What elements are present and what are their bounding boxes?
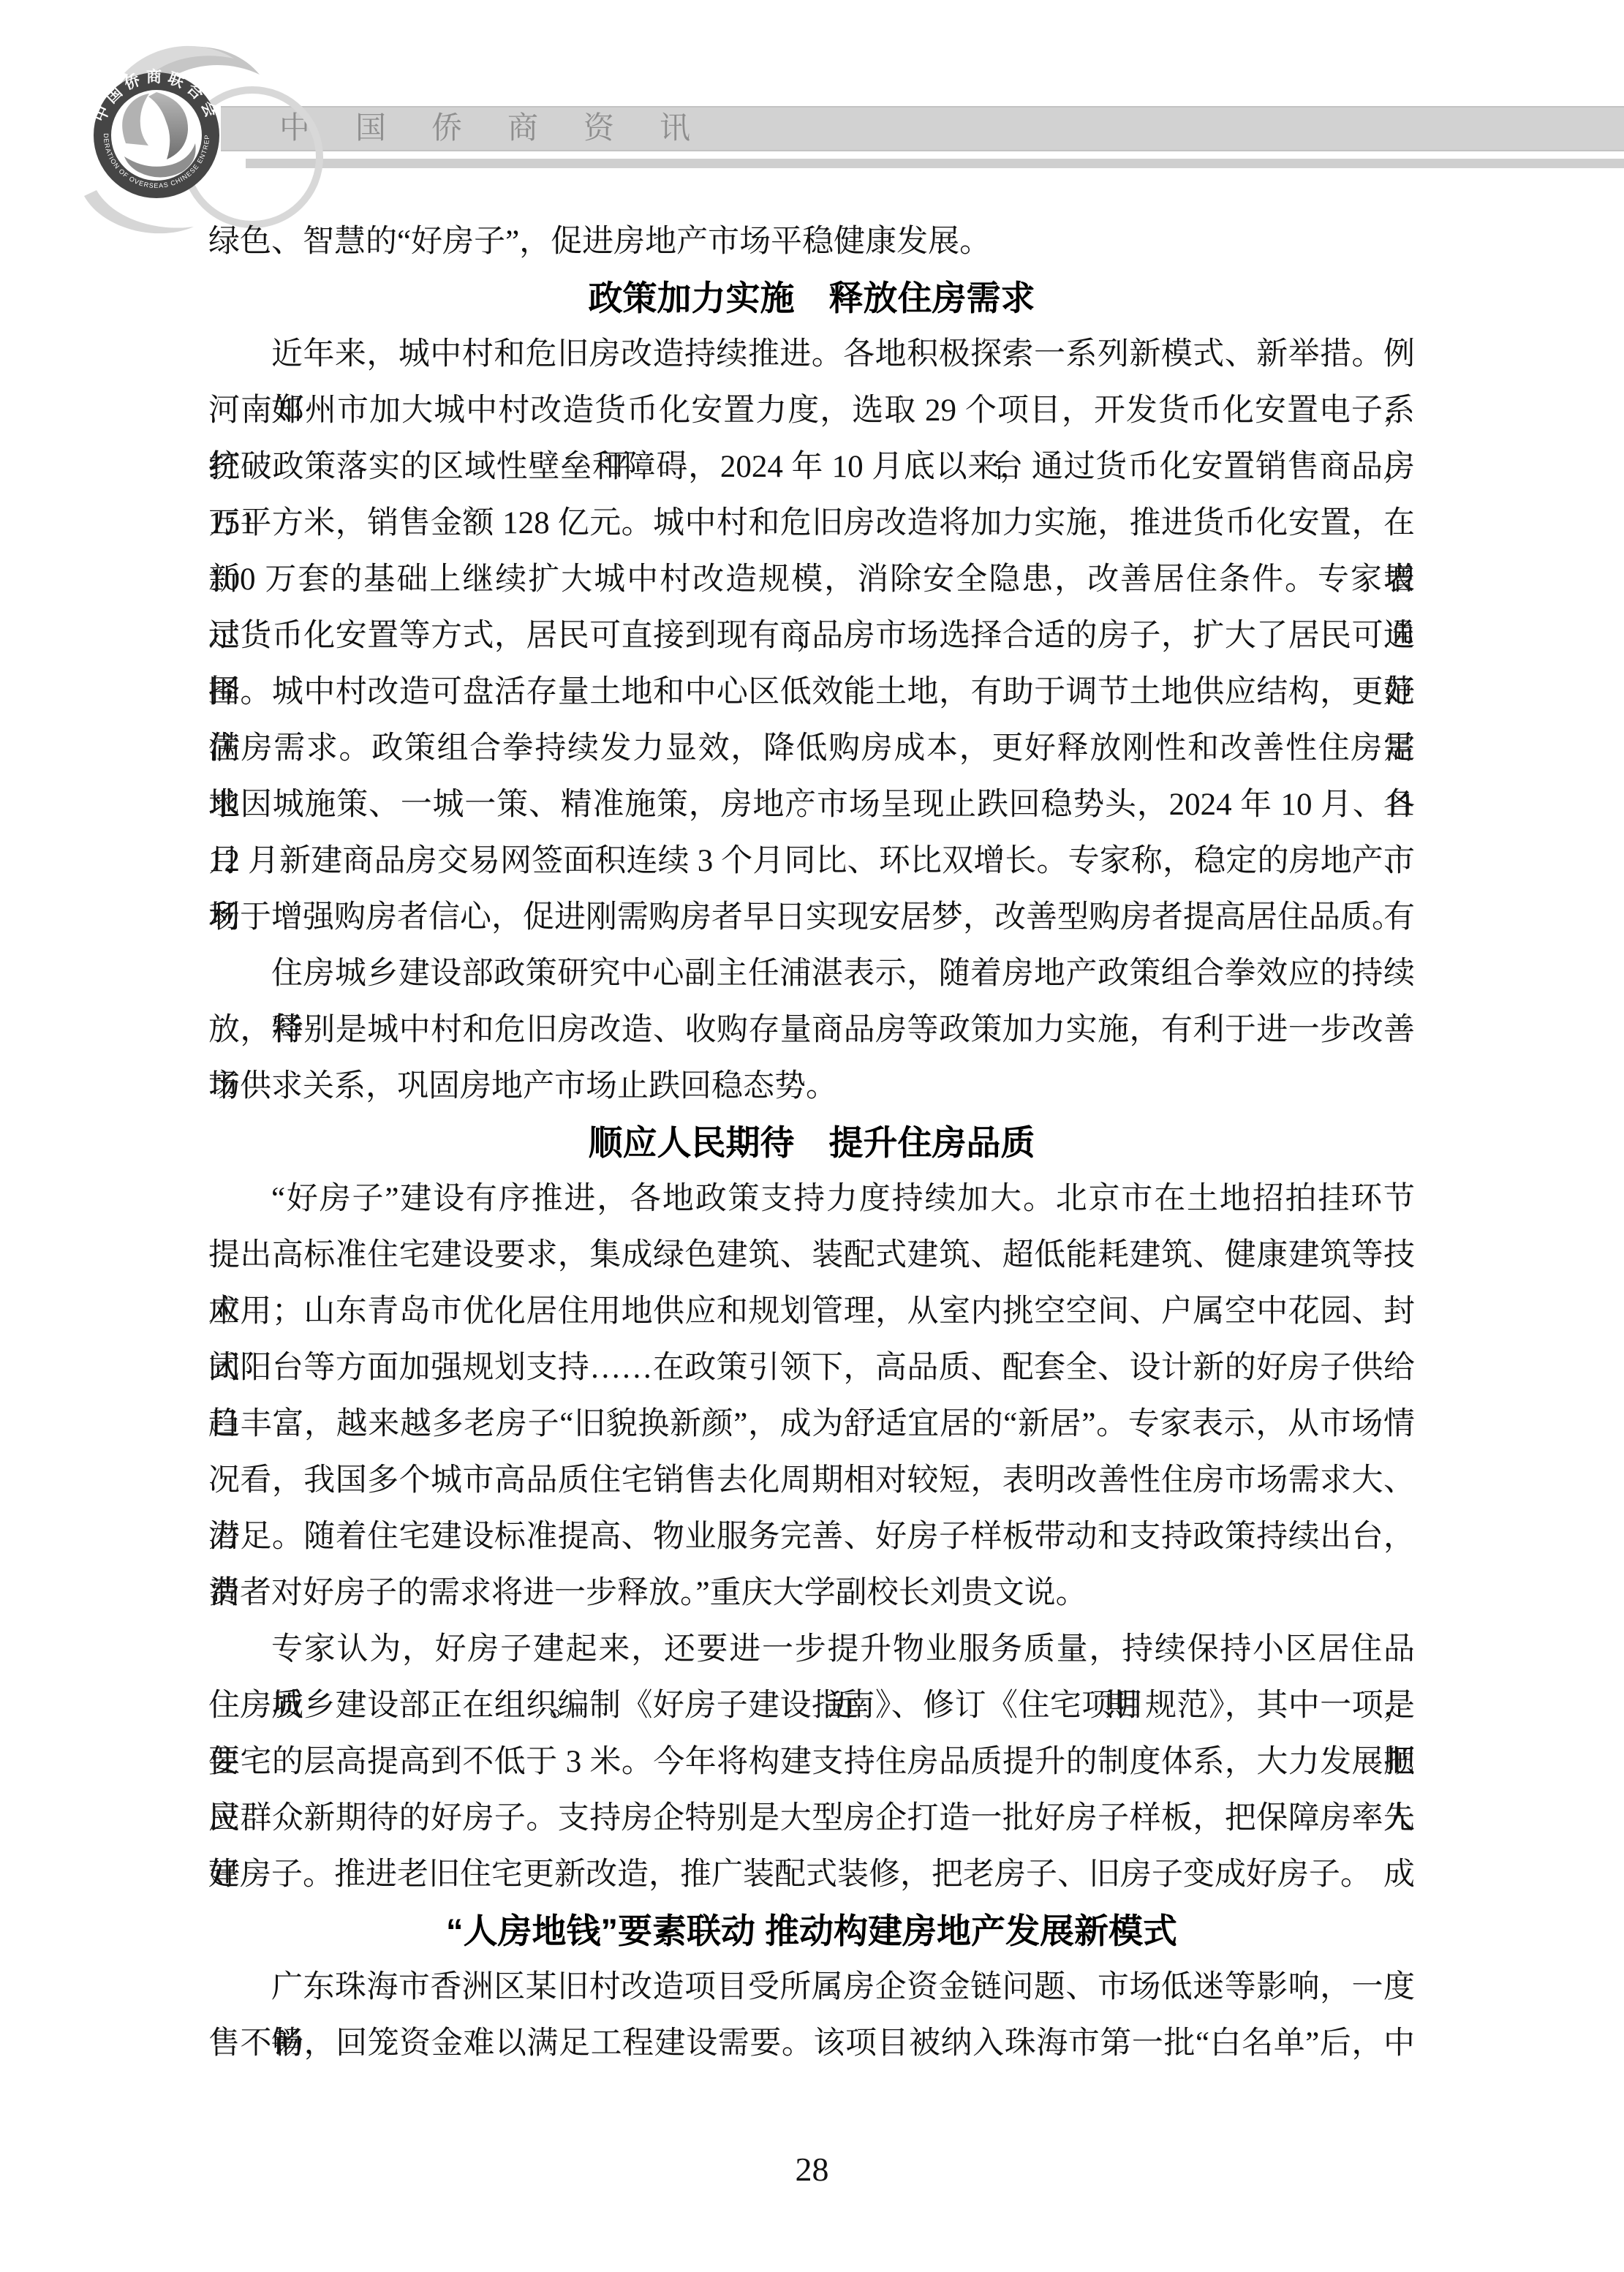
text-line: 过货币化安置等方式，居民可直接到现有商品房市场选择合适的房子，扩大了居民可选择范 [208,608,1415,664]
text-line: 地因城施策、一城一策、精准施策，房地产市场呈现止跌回稳势头，2024 年 10 … [208,777,1415,833]
text-line: 应用；山东青岛市优化居住用地供应和规划管理，从室内挑空空间、户属空中花园、封闭 [208,1283,1415,1340]
text-line: 售不畅，回笼资金难以满足工程建设需要。该项目被纳入珠海市第一批“白名单”后，中 [208,2015,1415,2072]
text-line: 好房子。推进老旧住宅更新改造，推广装配式装修，把老房子、旧房子变成好房子。 [208,1846,1415,1903]
federation-logo-emblem: 中国侨商联合会 CHINA FEDERATION OF OVERSEAS CHI… [15,22,336,241]
text-line: 近年来，城中村和危旧房改造持续推进。各地积极探索一系列新模式、新举措。例如， [208,326,1415,382]
text-line: 绿色、智慧的“好房子”，促进房地产市场平稳健康发展。 [208,214,1415,270]
banner-title: 中国侨商资讯 [279,106,736,150]
article-body: 绿色、智慧的“好房子”，促进房地产市场平稳健康发展。 政策加力实施 释放住房需求… [208,214,1415,2072]
text-line: 河南郑州市加大城中村改造货币化安置力度，选取 29 个项目，开发货币化安置电子系… [208,382,1415,439]
text-line: 12 月新建商品房交易网签面积连续 3 个月同比、环比双增长。专家称，稳定的房地… [208,833,1415,889]
text-line: 式阳台等方面加强规划支持……在政策引领下，高品质、配套全、设计新的好房子供给日 [208,1340,1415,1396]
section-heading: 政策加力实施 释放住房需求 [208,270,1415,326]
text-line: 广东珠海市香洲区某旧村改造项目受所属房企资金链问题、市场低迷等影响，一度销 [208,1959,1415,2015]
text-line: 住房需求。政策组合拳持续发力显效，降低购房成本，更好释放刚性和改善性住房需求。各 [208,720,1415,777]
text-line: 况看，我国多个城市高品质住宅销售去化周期相对较短，表明改善性住房市场需求大、潜 [208,1452,1415,1509]
text-line: 趋丰富，越来越多老房子“旧貌换新颜”，成为舒适宜居的“新居”。专家表示，从市场情 [208,1396,1415,1452]
text-line: 专家认为，好房子建起来，还要进一步提升物业服务质量，持续保持小区居住品质。近期， [208,1621,1415,1677]
section-heading: 顺应人民期待 提升住房品质 [208,1114,1415,1171]
text-line: 住宅的层高提高到不低于 3 米。今年将构建支持住房品质提升的制度体系，大力发展顺… [208,1734,1415,1790]
text-line: 万平方米，销售金额 128 亿元。城中村和危旧房改造将加力实施，推进货币化安置，… [208,495,1415,551]
text-line: 围。城中村改造可盘活存量土地和中心区低效能土地，有助于调节土地供应结构，更好满足 [208,664,1415,720]
text-line: 打破政策落实的区域性壁垒和障碍，2024 年 10 月底以来，通过货币化安置销售… [208,439,1415,495]
text-line: 100 万套的基础上继续扩大城中村改造规模，消除安全隐患，改善居住条件。专家表示… [208,551,1415,608]
document-page: 中国侨商资讯 中国侨商联合会 [0,0,1624,2272]
text-line: “好房子”建设有序推进，各地政策支持力度持续加大。北京市在土地招拍挂环节 [208,1171,1415,1227]
header-banner-underline [246,159,1624,168]
page-number: 28 [0,2150,1624,2189]
text-line: 住房城乡建设部正在组织编制《好房子建设指南》、修订《住宅项目规范》，其中一项是要… [208,1677,1415,1734]
text-line: 场供求关系，巩固房地产市场止跌回稳态势。 [208,1058,1415,1114]
text-line: 放，特别是城中村和危旧房改造、收购存量商品房等政策加力实施，有利于进一步改善市 [208,1002,1415,1058]
text-line: 利于增强购房者信心，促进刚需购房者早日实现安居梦，改善型购房者提高居住品质。 [208,889,1415,946]
text-line: 力足。随着住宅建设标准提高、物业服务完善、好房子样板带动和支持政策持续出台，消 [208,1509,1415,1565]
text-line: 提出高标准住宅建设要求，集成绿色建筑、装配式建筑、超低能耗建筑、健康建筑等技术 [208,1227,1415,1283]
text-line: 住房城乡建设部政策研究中心副主任浦湛表示，随着房地产政策组合拳效应的持续释 [208,946,1415,1002]
section-heading: “人房地钱”要素联动 推动构建房地产发展新模式 [208,1903,1415,1959]
text-line: 民群众新期待的好房子。支持房企特别是大型房企打造一批好房子样板，把保障房率先建成 [208,1790,1415,1846]
text-line: 费者对好房子的需求将进一步释放。”重庆大学副校长刘贵文说。 [208,1565,1415,1621]
